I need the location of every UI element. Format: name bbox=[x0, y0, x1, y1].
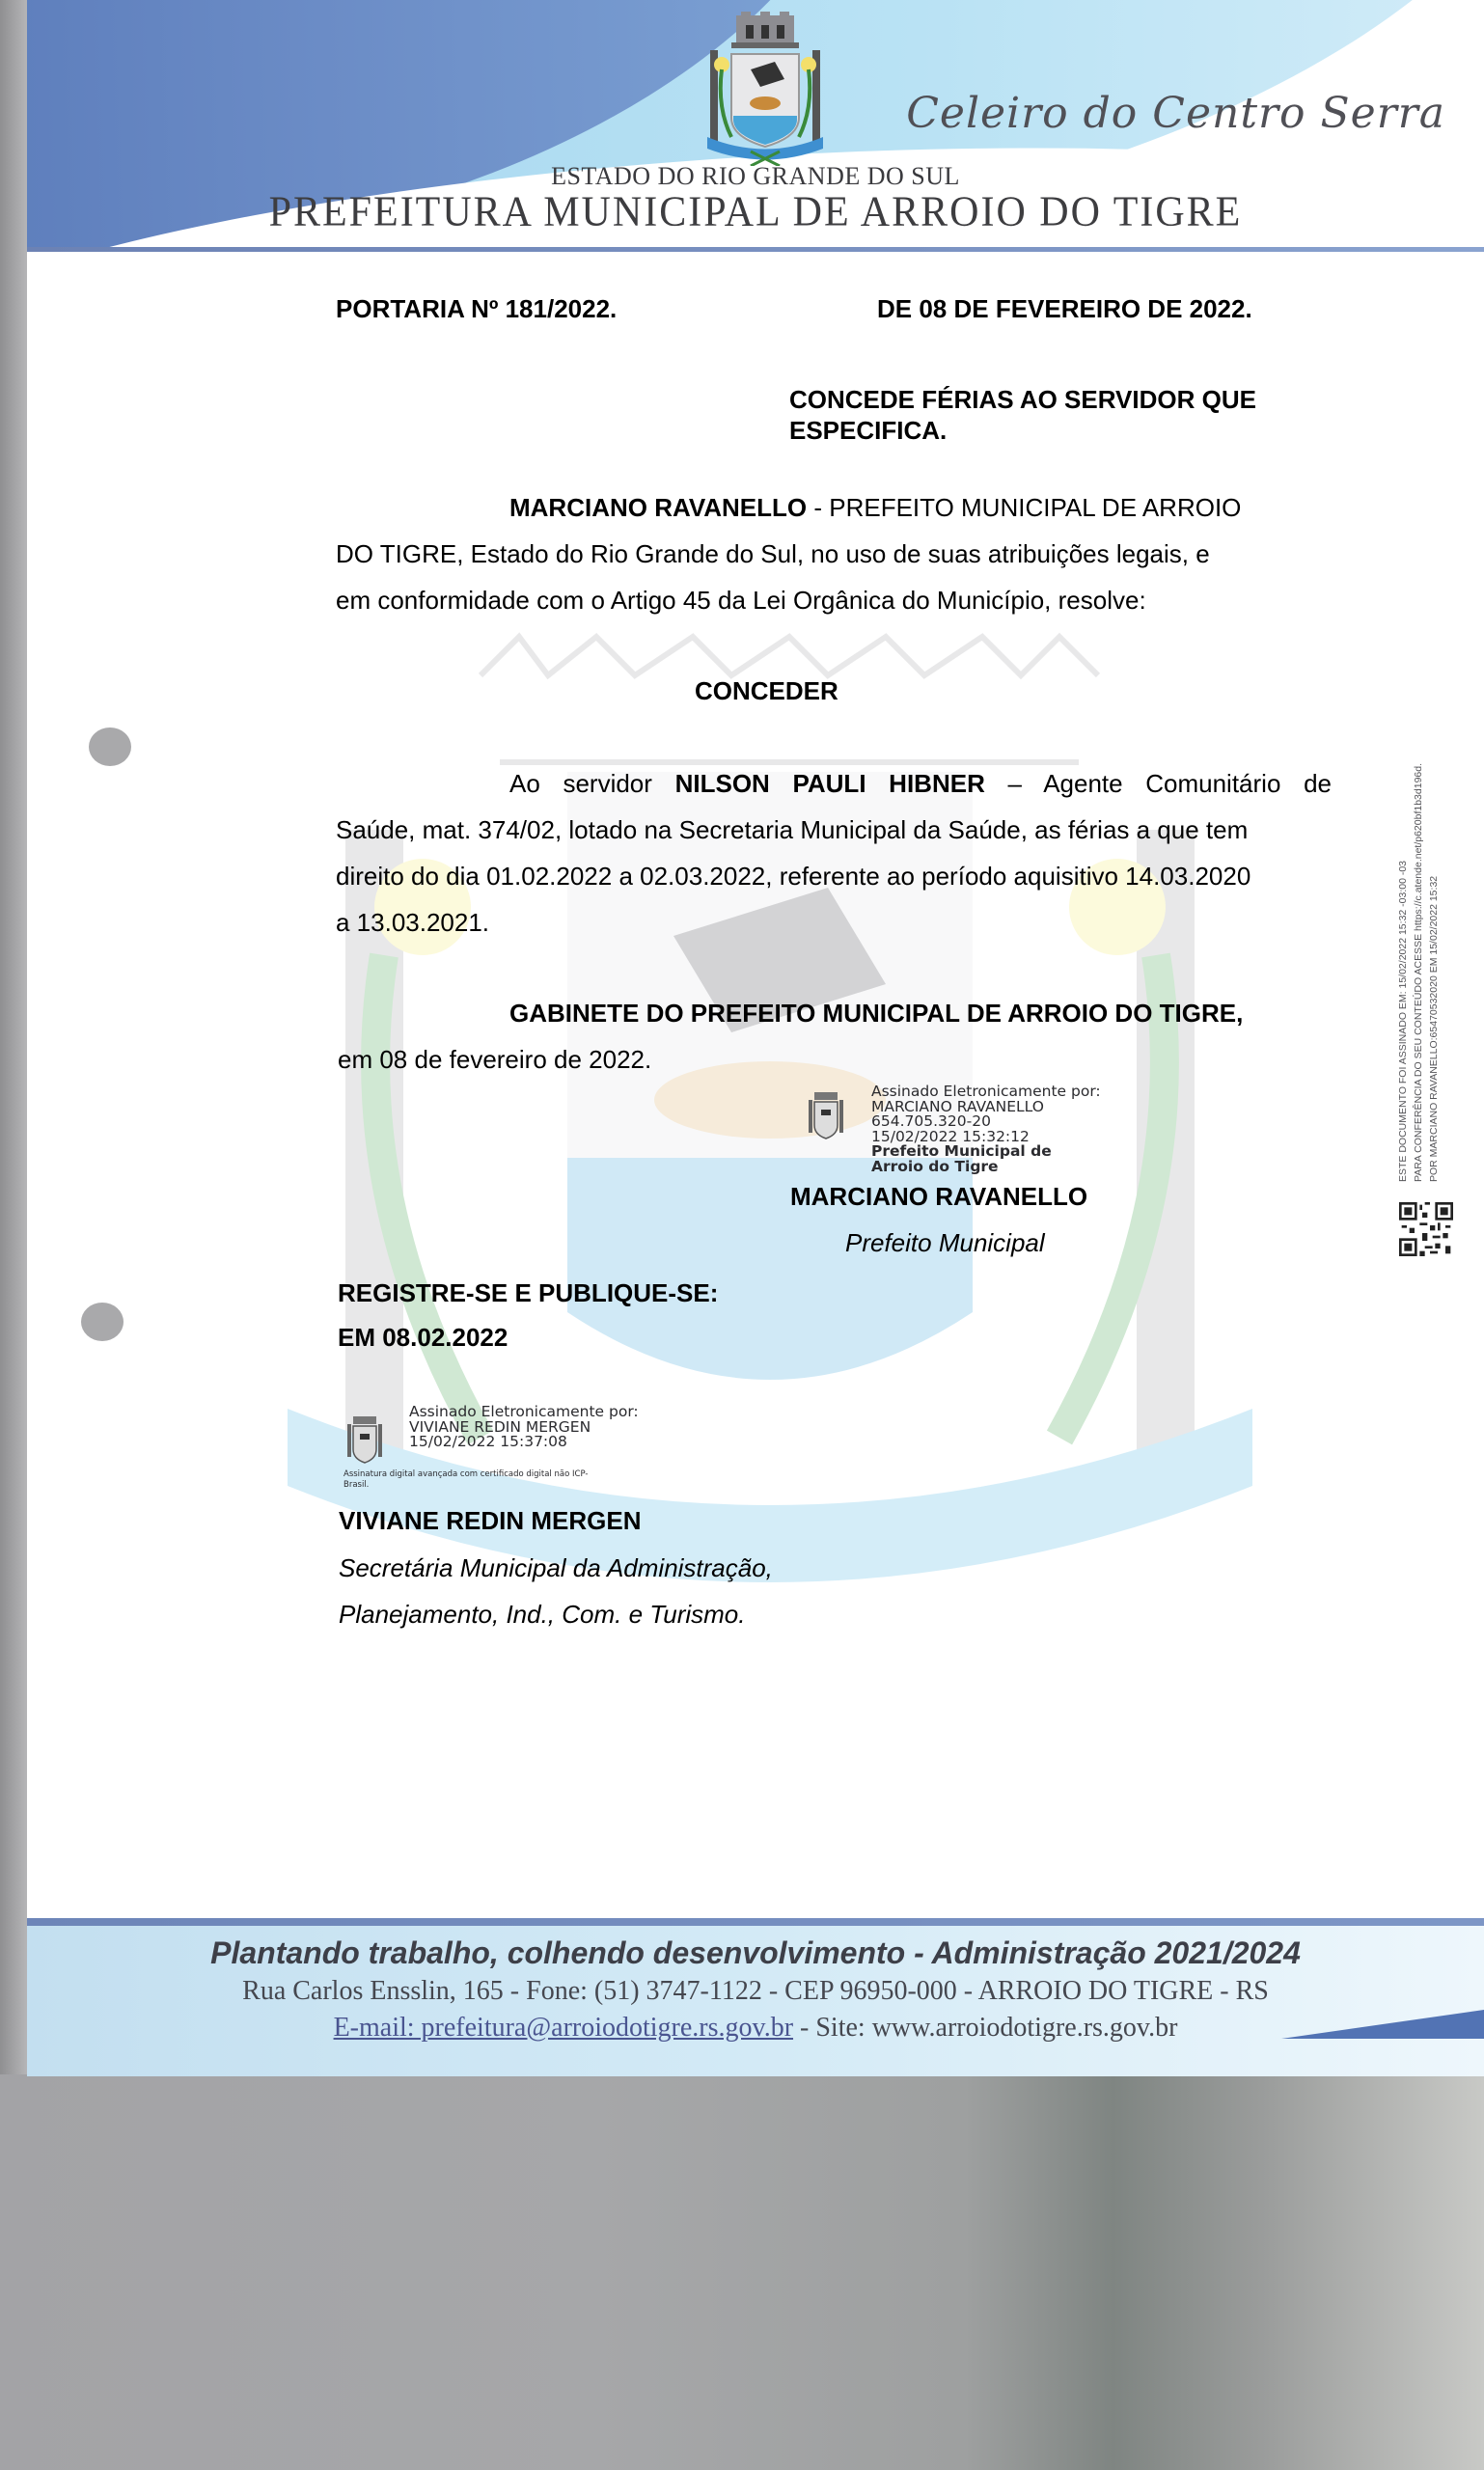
header-divider bbox=[27, 247, 1484, 252]
footer-motto: Plantando trabalho, colhendo desenvolvim… bbox=[27, 1935, 1484, 1971]
closing-line-2: em 08 de fevereiro de 2022. bbox=[338, 1036, 651, 1083]
article-line-3: direito do dia 01.02.2022 a 02.03.2022, … bbox=[336, 853, 1250, 899]
secretary-title-line-1: Secretária Municipal da Administração, bbox=[339, 1545, 773, 1591]
mayor-name-inline: MARCIANO RAVANELLO bbox=[509, 493, 807, 522]
article-prefix: Ao servidor bbox=[509, 769, 652, 798]
certificate-note-line: Assinatura digital avançada com certific… bbox=[344, 1469, 588, 1480]
footer-email-link[interactable]: E-mail: prefeitura@arroiodotigre.rs.gov.… bbox=[334, 2013, 793, 2043]
secretary-signature-stamp: Assinado Eletronicamente por: VIVIANE RE… bbox=[409, 1405, 639, 1450]
article-line-1: Ao servidor NILSON PAULI HIBNER – Agente… bbox=[509, 760, 1332, 807]
certificate-note-line: Brasil. bbox=[344, 1480, 588, 1491]
article-line-4: a 13.03.2021. bbox=[336, 899, 489, 946]
closing-line-1: GABINETE DO PREFEITO MUNICIPAL DE ARROIO… bbox=[509, 990, 1243, 1036]
qr-code-icon[interactable] bbox=[1399, 1202, 1453, 1256]
footer-separator: - bbox=[793, 2013, 815, 2043]
preamble-line-3: em conformidade com o Artigo 45 da Lei O… bbox=[336, 577, 1146, 623]
mayor-signature-stamp: Assinado Eletronicamente por: MARCIANO R… bbox=[871, 1084, 1101, 1174]
article-line-2: Saúde, mat. 374/02, lotado na Secretaria… bbox=[336, 807, 1248, 853]
footer-divider bbox=[27, 1918, 1484, 1926]
punch-hole-top bbox=[89, 727, 131, 766]
action-heading: CONCEDER bbox=[695, 668, 838, 714]
verification-line[interactable]: PARA CONFERÊNCIA DO SEU CONTEÚDO ACESSE … bbox=[1411, 763, 1426, 1182]
letterhead-state: ESTADO DO RIO GRANDE DO SUL bbox=[27, 162, 1484, 191]
letterhead-prefecture: PREFEITURA MUNICIPAL DE ARROIO DO TIGRE bbox=[27, 188, 1484, 236]
mayor-title: Prefeito Municipal bbox=[845, 1220, 1045, 1266]
footer-contacts: E-mail: prefeitura@arroiodotigre.rs.gov.… bbox=[27, 2013, 1484, 2044]
secretary-name: VIVIANE REDIN MERGEN bbox=[339, 1497, 642, 1544]
secretary-title-line-2: Planejamento, Ind., Com. e Turismo. bbox=[339, 1591, 745, 1637]
register-line-1: REGISTRE-SE E PUBLIQUE-SE: bbox=[338, 1270, 718, 1316]
document-page: Celeiro do Centro Serra ESTADO DO RIO GR… bbox=[27, 0, 1484, 2076]
preamble-line-1-rest: - PREFEITO MUNICIPAL DE ARROIO bbox=[807, 493, 1241, 522]
letterhead: Celeiro do Centro Serra ESTADO DO RIO GR… bbox=[27, 0, 1484, 253]
article-line-1-rest: – Agente Comunitário de bbox=[1008, 769, 1332, 798]
preamble-line-1: MARCIANO RAVANELLO - PREFEITO MUNICIPAL … bbox=[509, 484, 1241, 531]
portaria-date: DE 08 DE FEVEREIRO DE 2022. bbox=[877, 286, 1252, 332]
punch-hole-bottom bbox=[81, 1303, 124, 1341]
letterhead-slogan: Celeiro do Centro Serra bbox=[906, 89, 1445, 138]
preamble-line-2: DO TIGRE, Estado do Rio Grande do Sul, n… bbox=[336, 531, 1210, 577]
employee-name: NILSON PAULI HIBNER bbox=[675, 769, 985, 798]
footer-address: Rua Carlos Ensslin, 165 - Fone: (51) 374… bbox=[27, 1976, 1484, 2007]
verification-line: POR MARCIANO RAVANELLO:65470532020 EM 15… bbox=[1426, 763, 1442, 1182]
subject-line-2: ESPECIFICA. bbox=[789, 407, 947, 453]
verification-line: ESTE DOCUMENTO FOI ASSINADO EM: 15/02/20… bbox=[1395, 763, 1411, 1182]
verification-note: ESTE DOCUMENTO FOI ASSINADO EM: 15/02/20… bbox=[1395, 763, 1442, 1182]
coat-of-arms-icon bbox=[693, 12, 838, 166]
certificate-note: Assinatura digital avançada com certific… bbox=[344, 1469, 588, 1491]
signature-seal-icon bbox=[345, 1414, 384, 1465]
portaria-number: PORTARIA Nº 181/2022. bbox=[336, 286, 617, 332]
scan-left-edge bbox=[0, 0, 27, 2074]
register-line-2: EM 08.02.2022 bbox=[338, 1314, 508, 1360]
mayor-name: MARCIANO RAVANELLO bbox=[790, 1173, 1087, 1220]
stamp-line: 15/02/2022 15:37:08 bbox=[409, 1435, 639, 1450]
scanner-background bbox=[0, 2074, 1484, 2470]
footer-site-link[interactable]: Site: www.arroiodotigre.rs.gov.br bbox=[815, 2013, 1177, 2043]
letterhead-footer: Plantando trabalho, colhendo desenvolvim… bbox=[27, 1918, 1484, 2076]
stamp-line: Arroio do Tigre bbox=[871, 1160, 1101, 1175]
signature-seal-icon bbox=[807, 1090, 845, 1140]
